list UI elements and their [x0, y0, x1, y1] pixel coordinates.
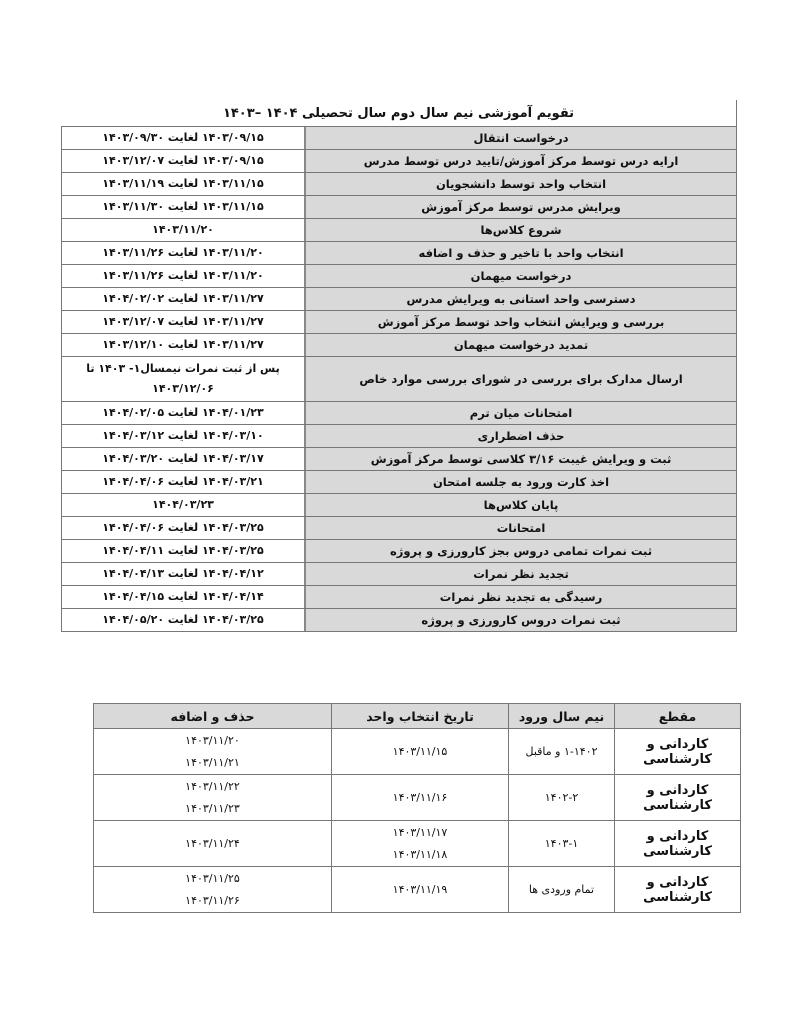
event-date-range: ۱۴۰۴/۰۳/۲۱ لغایت ۱۴۰۴/۰۴/۰۶ — [61, 471, 304, 493]
calendar-row: شروع کلاس‌ها۱۴۰۳/۱۱/۲۰ — [61, 219, 737, 242]
event-date-range: ۱۴۰۴/۰۳/۲۵ لغایت ۱۴۰۴/۰۵/۲۰ — [61, 609, 304, 631]
event-name: ویرایش مدرس توسط مرکز آموزش — [304, 196, 737, 218]
event-date-range: ۱۴۰۴/۰۳/۱۷ لغایت ۱۴۰۴/۰۳/۲۰ — [61, 448, 304, 470]
event-date-range: ۱۴۰۴/۰۳/۱۰ لغایت ۱۴۰۴/۰۳/۱۲ — [61, 425, 304, 447]
event-date-range: ۱۴۰۳/۱۱/۱۵ لغایت ۱۴۰۳/۱۱/۱۹ — [61, 173, 304, 195]
calendar-row: امتحانات۱۴۰۴/۰۳/۲۵ لغایت ۱۴۰۴/۰۴/۰۶ — [61, 517, 737, 540]
calendar-row: ثبت نمرات دروس کارورزی و پروژه۱۴۰۴/۰۳/۲۵… — [61, 609, 737, 632]
event-date-range: ۱۴۰۳/۱۱/۱۵ لغایت ۱۴۰۳/۱۱/۳۰ — [61, 196, 304, 218]
calendar-row: تجدید نظر نمرات۱۴۰۴/۰۴/۱۲ لغایت ۱۴۰۴/۰۴/… — [61, 563, 737, 586]
academic-calendar-table: تقویم آموزشی نیم سال دوم سال تحصیلی ۱۴۰۴… — [61, 100, 737, 632]
add-drop-date: ۱۴۰۳/۱۱/۲۶ — [185, 890, 240, 912]
level-cell: کاردانی و کارشناسی — [614, 821, 740, 866]
event-date-range: ۱۴۰۳/۱۱/۲۷ لغایت ۱۴۰۴/۰۲/۰۲ — [61, 288, 304, 310]
schedule-row: کاردانی و کارشناسی۱۴۰۳-۱۱۴۰۳/۱۱/۱۷۱۴۰۳/۱… — [94, 821, 740, 867]
event-date-range: ۱۴۰۳/۱۱/۲۰ — [61, 219, 304, 241]
add-drop-date: ۱۴۰۳/۱۱/۲۱ — [185, 752, 240, 774]
calendar-row: دسترسی واحد استانی به ویرایش مدرس۱۴۰۳/۱۱… — [61, 288, 737, 311]
event-name: درخواست انتقال — [304, 127, 737, 149]
selection-date: ۱۴۰۳/۱۱/۱۸ — [393, 844, 448, 866]
selection-date: ۱۴۰۳/۱۱/۱۶ — [393, 787, 448, 809]
schedule-row: کاردانی و کارشناسیتمام ورودی ها۱۴۰۳/۱۱/۱… — [94, 867, 740, 912]
calendar-title: تقویم آموزشی نیم سال دوم سال تحصیلی ۱۴۰۴… — [61, 100, 737, 126]
level-cell: کاردانی و کارشناسی — [614, 775, 740, 820]
event-name: امتحانات میان ترم — [304, 402, 737, 424]
entry-semester-cell: ۱۴۰۲-۲ — [508, 775, 614, 820]
selection-date-cell: ۱۴۰۳/۱۱/۱۹ — [331, 867, 508, 912]
event-name: ثبت نمرات دروس کارورزی و پروژه — [304, 609, 737, 631]
selection-date-cell: ۱۴۰۳/۱۱/۱۶ — [331, 775, 508, 820]
add-drop-cell: ۱۴۰۳/۱۱/۲۰۱۴۰۳/۱۱/۲۱ — [94, 729, 331, 774]
add-drop-cell: ۱۴۰۳/۱۱/۲۲۱۴۰۳/۱۱/۲۳ — [94, 775, 331, 820]
event-name: ارایه درس توسط مرکز آموزش/تایید درس توسط… — [304, 150, 737, 172]
selection-date-cell: ۱۴۰۳/۱۱/۱۷۱۴۰۳/۱۱/۱۸ — [331, 821, 508, 866]
event-date-range: ۱۴۰۳/۱۱/۲۰ لغایت ۱۴۰۳/۱۱/۲۶ — [61, 242, 304, 264]
calendar-row: تمدید درخواست میهمان۱۴۰۳/۱۱/۲۷ لغایت ۱۴۰… — [61, 334, 737, 357]
calendar-row: پایان کلاس‌ها۱۴۰۴/۰۳/۲۳ — [61, 494, 737, 517]
calendar-row: رسیدگی به تجدید نظر نمرات۱۴۰۴/۰۴/۱۴ لغای… — [61, 586, 737, 609]
event-name: درخواست میهمان — [304, 265, 737, 287]
event-date-range: ۱۴۰۴/۰۱/۲۳ لغایت ۱۴۰۴/۰۲/۰۵ — [61, 402, 304, 424]
event-name: ثبت و ویرایش غیبت ۳/۱۶ کلاسی توسط مرکز آ… — [304, 448, 737, 470]
unit-selection-schedule-table: مقطع نیم سال ورود تاریخ انتخاب واحد حذف … — [93, 703, 741, 913]
event-name: پایان کلاس‌ها — [304, 494, 737, 516]
event-name: دسترسی واحد استانی به ویرایش مدرس — [304, 288, 737, 310]
event-date-range: ۱۴۰۴/۰۳/۲۳ — [61, 494, 304, 516]
level-cell: کاردانی و کارشناسی — [614, 867, 740, 912]
event-name: اخذ کارت ورود به جلسه امتحان — [304, 471, 737, 493]
add-drop-cell: ۱۴۰۳/۱۱/۲۵۱۴۰۳/۱۱/۲۶ — [94, 867, 331, 912]
header-entry-semester: نیم سال ورود — [508, 704, 614, 728]
add-drop-date: ۱۴۰۳/۱۱/۲۴ — [185, 833, 240, 855]
calendar-row: اخذ کارت ورود به جلسه امتحان۱۴۰۴/۰۳/۲۱ ل… — [61, 471, 737, 494]
level-cell: کاردانی و کارشناسی — [614, 729, 740, 774]
event-name: بررسی و ویرایش انتخاب واحد توسط مرکز آمو… — [304, 311, 737, 333]
event-date-range: ۱۴۰۳/۱۱/۲۷ لغایت ۱۴۰۳/۱۲/۱۰ — [61, 334, 304, 356]
event-date-range: ۱۴۰۳/۰۹/۱۵ لغایت ۱۴۰۳/۱۲/۰۷ — [61, 150, 304, 172]
add-drop-date: ۱۴۰۳/۱۱/۲۵ — [185, 868, 240, 890]
event-date-range: ۱۴۰۴/۰۳/۲۵ لغایت ۱۴۰۴/۰۴/۱۱ — [61, 540, 304, 562]
event-name: امتحانات — [304, 517, 737, 539]
event-date-range: ۱۴۰۳/۱۱/۲۰ لغایت ۱۴۰۳/۱۱/۲۶ — [61, 265, 304, 287]
event-name: شروع کلاس‌ها — [304, 219, 737, 241]
schedule-header-row: مقطع نیم سال ورود تاریخ انتخاب واحد حذف … — [94, 704, 740, 729]
header-selection-date: تاریخ انتخاب واحد — [331, 704, 508, 728]
calendar-body: درخواست انتقال۱۴۰۳/۰۹/۱۵ لغایت ۱۴۰۳/۰۹/۳… — [61, 126, 737, 632]
add-drop-date: ۱۴۰۳/۱۱/۲۳ — [185, 798, 240, 820]
entry-semester-cell: ۱-۱۴۰۲ و ماقبل — [508, 729, 614, 774]
calendar-row: درخواست میهمان۱۴۰۳/۱۱/۲۰ لغایت ۱۴۰۳/۱۱/۲… — [61, 265, 737, 288]
event-name: حذف اضطراری — [304, 425, 737, 447]
selection-date: ۱۴۰۳/۱۱/۱۵ — [393, 741, 448, 763]
calendar-row: بررسی و ویرایش انتخاب واحد توسط مرکز آمو… — [61, 311, 737, 334]
add-drop-cell: ۱۴۰۳/۱۱/۲۴ — [94, 821, 331, 866]
event-name: ارسال مدارک برای بررسی در شورای بررسی مو… — [304, 357, 737, 401]
event-name: رسیدگی به تجدید نظر نمرات — [304, 586, 737, 608]
calendar-row: ثبت و ویرایش غیبت ۳/۱۶ کلاسی توسط مرکز آ… — [61, 448, 737, 471]
add-drop-date: ۱۴۰۳/۱۱/۲۲ — [185, 776, 240, 798]
event-name: انتخاب واحد توسط دانشجویان — [304, 173, 737, 195]
selection-date-cell: ۱۴۰۳/۱۱/۱۵ — [331, 729, 508, 774]
calendar-row: ویرایش مدرس توسط مرکز آموزش۱۴۰۳/۱۱/۱۵ لغ… — [61, 196, 737, 219]
event-date-range: ۱۴۰۴/۰۳/۲۵ لغایت ۱۴۰۴/۰۴/۰۶ — [61, 517, 304, 539]
selection-date: ۱۴۰۳/۱۱/۱۷ — [393, 822, 448, 844]
schedule-row: کاردانی و کارشناسی۱۴۰۲-۲۱۴۰۳/۱۱/۱۶۱۴۰۳/۱… — [94, 775, 740, 821]
header-add-drop: حذف و اضافه — [94, 704, 331, 728]
calendar-row: انتخاب واحد با تاخیر و حذف و اضافه۱۴۰۳/۱… — [61, 242, 737, 265]
event-name: ثبت نمرات تمامی دروس بجز کارورزی و پروژه — [304, 540, 737, 562]
event-name: تجدید نظر نمرات — [304, 563, 737, 585]
calendar-row: انتخاب واحد توسط دانشجویان۱۴۰۳/۱۱/۱۵ لغا… — [61, 173, 737, 196]
add-drop-date: ۱۴۰۳/۱۱/۲۰ — [185, 730, 240, 752]
event-date-range: ۱۴۰۳/۰۹/۱۵ لغایت ۱۴۰۳/۰۹/۳۰ — [61, 127, 304, 149]
calendar-row: درخواست انتقال۱۴۰۳/۰۹/۱۵ لغایت ۱۴۰۳/۰۹/۳… — [61, 126, 737, 150]
schedule-body: کاردانی و کارشناسی۱-۱۴۰۲ و ماقبل۱۴۰۳/۱۱/… — [94, 729, 740, 912]
event-date-range: ۱۴۰۳/۱۱/۲۷ لغایت ۱۴۰۳/۱۲/۰۷ — [61, 311, 304, 333]
schedule-row: کاردانی و کارشناسی۱-۱۴۰۲ و ماقبل۱۴۰۳/۱۱/… — [94, 729, 740, 775]
calendar-row: حذف اضطراری۱۴۰۴/۰۳/۱۰ لغایت ۱۴۰۴/۰۳/۱۲ — [61, 425, 737, 448]
entry-semester-cell: تمام ورودی ها — [508, 867, 614, 912]
calendar-row: ارایه درس توسط مرکز آموزش/تایید درس توسط… — [61, 150, 737, 173]
event-date-range: پس از ثبت نمرات نیمسال۱- ۱۴۰۳ تا ۱۴۰۳/۱۲… — [61, 357, 304, 401]
calendar-row: ارسال مدارک برای بررسی در شورای بررسی مو… — [61, 357, 737, 402]
event-date-range: ۱۴۰۴/۰۴/۱۲ لغایت ۱۴۰۴/۰۴/۱۳ — [61, 563, 304, 585]
event-name: انتخاب واحد با تاخیر و حذف و اضافه — [304, 242, 737, 264]
selection-date: ۱۴۰۳/۱۱/۱۹ — [393, 879, 448, 901]
header-level: مقطع — [614, 704, 740, 728]
event-date-range: ۱۴۰۴/۰۴/۱۴ لغایت ۱۴۰۴/۰۴/۱۵ — [61, 586, 304, 608]
calendar-row: امتحانات میان ترم۱۴۰۴/۰۱/۲۳ لغایت ۱۴۰۴/۰… — [61, 402, 737, 425]
event-name: تمدید درخواست میهمان — [304, 334, 737, 356]
calendar-row: ثبت نمرات تمامی دروس بجز کارورزی و پروژه… — [61, 540, 737, 563]
entry-semester-cell: ۱۴۰۳-۱ — [508, 821, 614, 866]
